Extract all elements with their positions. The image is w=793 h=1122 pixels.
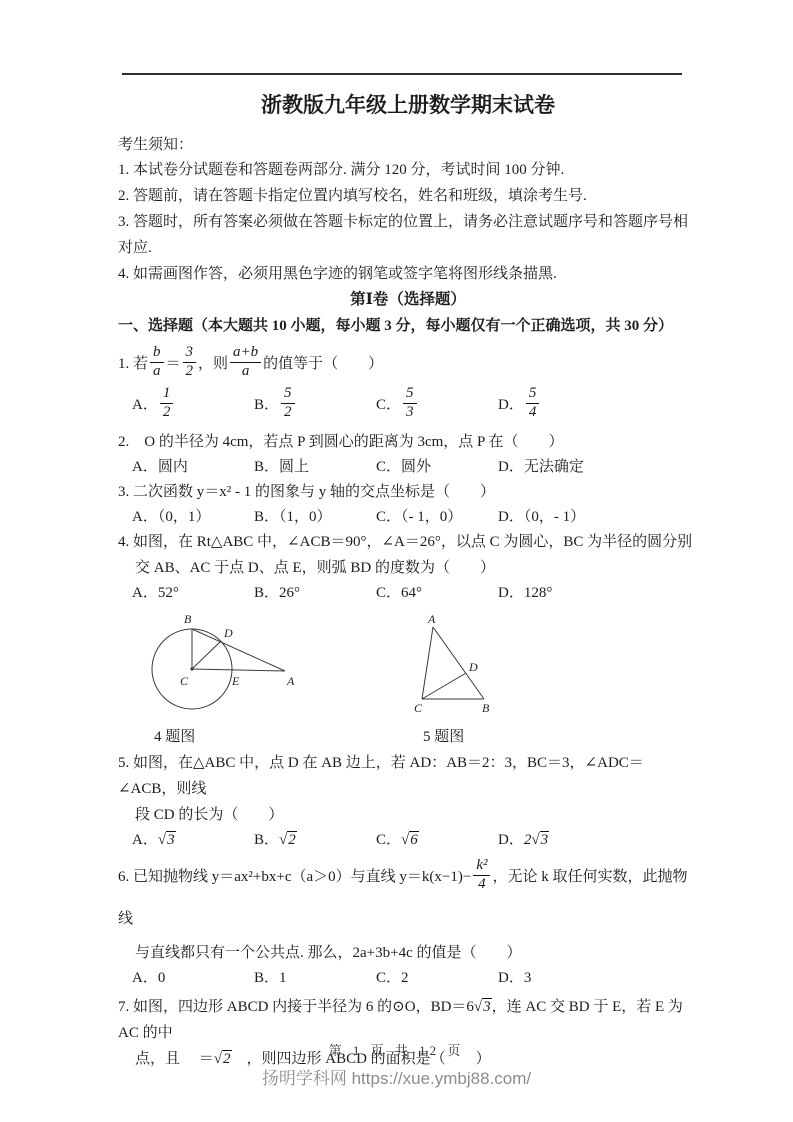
q1-option-a-fraction: 12 <box>160 386 174 421</box>
fig5-label-D: D <box>468 660 478 674</box>
q1-option-a: A．12 <box>132 385 254 425</box>
q6-option-c: C．2 <box>376 966 498 990</box>
q3-option-d: D．（0，- 1） <box>498 505 698 529</box>
fig4-label-A: A <box>286 674 295 688</box>
fig5-label-B: B <box>482 701 490 715</box>
q4-option-b: B．26° <box>254 581 376 605</box>
fig4-label-E: E <box>231 674 240 688</box>
q1-equals: ＝ <box>166 356 181 372</box>
question-4-options: A．52° B．26° C．64° D．128° <box>132 581 698 605</box>
q5-option-a-radical: √3 <box>158 831 176 848</box>
figure-4-caption: 4 题图 <box>140 725 310 746</box>
fig5-label-C: C <box>414 701 423 715</box>
q6-option-a: A．0 <box>132 966 254 990</box>
figure-4-drawing: B D C E A <box>140 609 310 721</box>
q6-option-b: B．1 <box>254 966 376 990</box>
question-2-stem: 2. O 的半径为 4cm，若点 P 到圆心的距离为 3cm，点 P 在（ ） <box>118 429 698 455</box>
question-6-stem-line1: 6. 已知抛物线 y＝ax²+bx+c（a＞0）与直线 y＝k(x−1)−k²4… <box>118 856 698 940</box>
question-4-stem-line1: 4. 如图，在 Rt△ABC 中，∠ACB＝90°，∠A＝26°，以点 C 为圆… <box>118 529 698 555</box>
question-2-options: A．圆内 B．圆上 C．圆外 D．无法确定 <box>132 455 698 479</box>
q2-option-c: C．圆外 <box>376 455 498 479</box>
question-6-stem-line2: 与直线都只有一个公共点. 那么，2a+3b+4c 的值是（ ） <box>118 940 698 966</box>
q6-fraction-k2-4: k²4 <box>473 858 490 893</box>
q5-option-d: D．2√3 <box>498 828 698 852</box>
question-3-options: A．（0，1） B．（1，0） C．（- 1，0） D．（0，- 1） <box>132 505 698 529</box>
figure-5-drawing: A D C B <box>405 609 535 721</box>
q5-option-c-radical: √6 <box>401 831 419 848</box>
question-7-stem-line1: 7. 如图，四边形 ABCD 内接于半径为 6 的⊙O，BD＝6√3，连 AC … <box>118 994 698 1046</box>
question-5-options: A．√3 B．√2 C．√6 D．2√3 <box>132 828 698 852</box>
page-title: 浙教版九年级上册数学期末试卷 <box>118 89 698 121</box>
q1-option-c-fraction: 53 <box>403 386 417 421</box>
q1-text-pre: 1. 若 <box>118 356 148 372</box>
q5-option-c: C．√6 <box>376 828 498 852</box>
q3-option-c: C．（- 1，0） <box>376 505 498 529</box>
q5-option-b-radical: √2 <box>279 831 297 848</box>
notice-item-3: 3. 答题时，所有答案必须做在答题卡标定的位置上，请务必注意试题序号和答题序号相… <box>118 209 698 261</box>
q5-option-b: B．√2 <box>254 828 376 852</box>
q2-option-a: A．圆内 <box>132 455 254 479</box>
figure-5-caption: 5 题图 <box>405 725 535 746</box>
q3-option-a: A．（0，1） <box>132 505 254 529</box>
q1-option-c: C．53 <box>376 385 498 425</box>
question-1-stem: 1. 若ba＝32，则a+ba的值等于（ ） <box>118 343 698 385</box>
q1-fraction-b-a: ba <box>150 345 164 380</box>
notice-item-1: 1. 本试卷分试题卷和答题卷两部分. 满分 120 分，考试时间 100 分钟. <box>118 157 698 183</box>
q1-option-d-fraction: 54 <box>526 386 540 421</box>
q1-text-post: 的值等于（ ） <box>263 356 383 372</box>
q4-option-c: C．64° <box>376 581 498 605</box>
q7-text-l1a: 7. 如图，四边形 ABCD 内接于半径为 6 的⊙O，BD＝6 <box>118 999 474 1015</box>
q7-radical-3: √3 <box>474 998 492 1015</box>
question-4-stem-line2: 交 AB、AC 于点 D、点 E，则弧 BD 的度数为（ ） <box>118 555 698 581</box>
q5-option-d-radical: √3 <box>531 831 549 848</box>
part-heading: 一、选择题（本大题共 10 小题，每小题 3 分，每小题仅有一个正确选项，共 3… <box>118 313 698 339</box>
volume-heading: 第Ⅰ卷（选择题） <box>118 287 698 313</box>
q1-fraction-3-2: 32 <box>183 345 197 380</box>
q4-option-a: A．52° <box>132 581 254 605</box>
q1-text-mid: ，则 <box>198 356 228 372</box>
q2-option-b: B．圆上 <box>254 455 376 479</box>
footer-site-url: 扬明学科网 https://xue.ymbj88.com/ <box>0 1064 793 1089</box>
notice-item-4: 4. 如需画图作答，必须用黑色字迹的钢笔或签字笔将图形线条描黑. <box>118 261 698 287</box>
q1-option-b-fraction: 52 <box>281 386 295 421</box>
footer-page-number: 第 1 页 共 12 页 <box>0 1040 793 1059</box>
fig5-label-A: A <box>427 612 436 626</box>
q1-option-d: D．54 <box>498 385 698 425</box>
q4-option-d: D．128° <box>498 581 698 605</box>
fig4-label-D: D <box>223 626 233 640</box>
q5-option-a: A．√3 <box>132 828 254 852</box>
q3-option-b: B．（1，0） <box>254 505 376 529</box>
q6-option-d: D．3 <box>498 966 698 990</box>
header-rule <box>122 73 682 75</box>
question-3-stem: 3. 二次函数 y＝x² - 1 的图象与 y 轴的交点坐标是（ ） <box>118 479 698 505</box>
notice-item-2: 2. 答题前，请在答题卡指定位置内填写校名，姓名和班级，填涂考生号. <box>118 183 698 209</box>
question-5-stem-line1: 5. 如图，在△ABC 中，点 D 在 AB 边上，若 AD：AB＝2：3，BC… <box>118 750 698 802</box>
q6-text-pre: 6. 已知抛物线 y＝ax²+bx+c（a＞0）与直线 y＝k(x−1)− <box>118 869 471 885</box>
figure-question-5: A D C B 5 题图 <box>405 609 535 746</box>
fig4-label-C: C <box>180 674 189 688</box>
question-5-stem-line2: 段 CD 的长为（ ） <box>118 802 698 828</box>
question-6-options: A．0 B．1 C．2 D．3 <box>132 966 698 990</box>
fig4-label-B: B <box>184 612 192 626</box>
question-1-options: A．12 B．52 C．53 D．54 <box>132 385 698 425</box>
q1-fraction-ab-a: a+ba <box>230 345 261 380</box>
figure-question-4: B D C E A 4 题图 <box>140 609 310 746</box>
page-content: 浙教版九年级上册数学期末试卷 考生须知： 1. 本试卷分试题卷和答题卷两部分. … <box>118 89 698 1072</box>
exam-page: 浙教版九年级上册数学期末试卷 考生须知： 1. 本试卷分试题卷和答题卷两部分. … <box>0 0 793 1122</box>
q1-option-b: B．52 <box>254 385 376 425</box>
notice-heading: 考生须知： <box>118 133 698 157</box>
q2-option-d: D．无法确定 <box>498 455 698 479</box>
figures-row: B D C E A 4 题图 A D C B <box>140 609 698 746</box>
